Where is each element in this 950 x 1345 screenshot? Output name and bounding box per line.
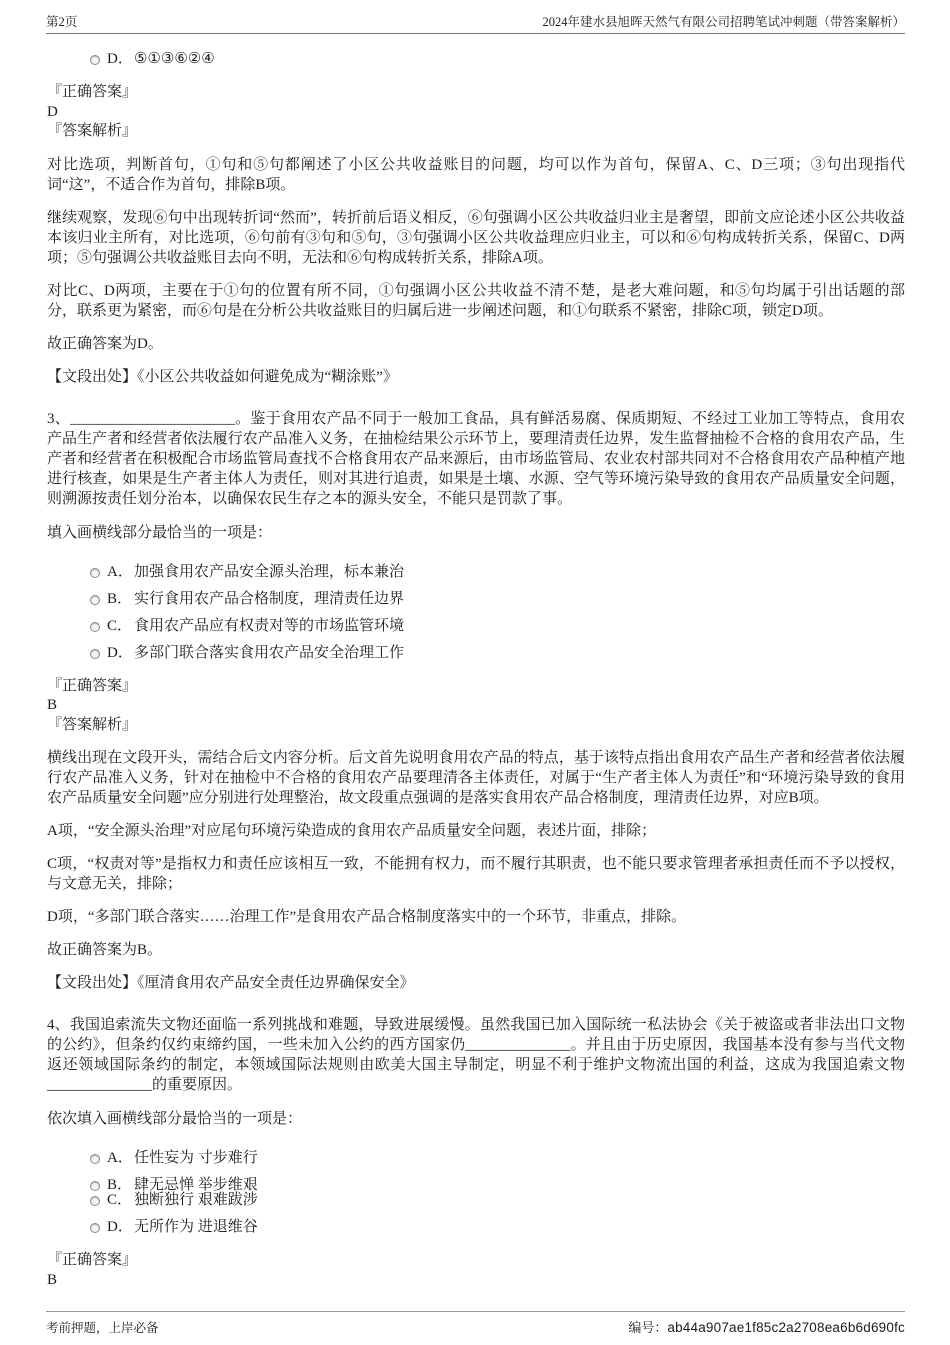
page-footer: 考前押题，上岸必备 编号：ab44a907ae1f85c2a2708ea6b6d… xyxy=(46,1311,905,1336)
option-letter: A． xyxy=(107,562,134,582)
q4-stem: 4、我国追索流失文物还面临一系列挑战和难题，导致进展缓慢。虽然我国已加入国际统一… xyxy=(47,1015,905,1095)
q2-analysis-paragraph: 继续观察，发现⑥句中出现转折词“然而”，转折前后语义相反，⑥句强调小区公共收益归… xyxy=(47,208,905,268)
option-letter: B． xyxy=(107,589,134,609)
page-content: D． ⑤①③⑥②④ 『正确答案』 D 『答案解析』 对比选项，判断首句，①句和⑤… xyxy=(47,32,905,1290)
q2-analysis-conclusion: 故正确答案为D。 xyxy=(47,334,905,354)
q4-answer-block: 『正确答案』 B xyxy=(47,1251,905,1290)
radio-button[interactable] xyxy=(90,595,100,605)
option-letter: D． xyxy=(107,643,134,663)
radio-button[interactable] xyxy=(90,649,100,659)
q3-stem: 3、______________________。鉴于食用农产品不同于一般加工食… xyxy=(47,409,905,509)
q3-option-a: A． 加强食用农产品安全源头治理，标本兼治 xyxy=(90,562,905,582)
serial-value: ab44a907ae1f85c2a2708ea6b6d690fc xyxy=(667,1320,905,1335)
radio-button[interactable] xyxy=(90,1223,100,1233)
option-letter: A． xyxy=(107,1148,134,1168)
correct-answer-label: 『正确答案』 xyxy=(47,83,905,103)
radio-button[interactable] xyxy=(90,568,100,578)
q4-prompt: 依次填入画横线部分最恰当的一项是： xyxy=(47,1109,905,1129)
footer-slogan: 考前押题，上岸必备 xyxy=(46,1318,159,1336)
option-text: 多部门联合落实食用农产品安全治理工作 xyxy=(134,643,404,663)
q3-answer-block: 『正确答案』 B 『答案解析』 xyxy=(47,677,905,736)
option-letter: D． xyxy=(107,49,134,69)
footer-serial: 编号：ab44a907ae1f85c2a2708ea6b6d690fc xyxy=(628,1317,905,1336)
q2-analysis-paragraph: 对比选项，判断首句，①句和⑤句都阐述了小区公共收益账目的问题，均可以作为首句，保… xyxy=(47,155,905,195)
q4-option-a: A． 任性妄为 寸步难行 xyxy=(90,1148,905,1168)
q3-analysis-paragraph: A项，“安全源头治理”对应尾句环境污染造成的食用农产品质量安全问题，表述片面，排… xyxy=(47,821,905,841)
q2-answer-value: D xyxy=(47,103,905,123)
q3-answer-value: B xyxy=(47,696,905,716)
q4-answer-value: B xyxy=(47,1271,905,1291)
option-letter: C． xyxy=(107,616,134,636)
radio-button[interactable] xyxy=(90,55,100,65)
page-number: 第2页 xyxy=(46,12,77,30)
correct-answer-label: 『正确答案』 xyxy=(47,677,905,697)
q3-option-c: C． 食用农产品应有权责对等的市场监管环境 xyxy=(90,616,905,636)
correct-answer-label: 『正确答案』 xyxy=(47,1251,905,1271)
document-page: 第2页 2024年建水县旭晖天然气有限公司招聘笔试冲刺题（带答案解析） D． ⑤… xyxy=(0,0,950,1345)
option-text: 加强食用农产品安全源头治理，标本兼治 xyxy=(134,562,404,582)
option-text: ⑤①③⑥②④ xyxy=(134,49,215,69)
option-text: 任性妄为 寸步难行 xyxy=(134,1148,258,1168)
q3-option-d: D． 多部门联合落实食用农产品安全治理工作 xyxy=(90,643,905,663)
radio-button[interactable] xyxy=(90,1154,100,1164)
q3-analysis-paragraph: C项，“权责对等”是指权力和责任应该相互一致，不能拥有权力，而不履行其职责，也不… xyxy=(47,854,905,894)
doc-title: 2024年建水县旭晖天然气有限公司招聘笔试冲刺题（带答案解析） xyxy=(542,12,905,30)
serial-label: 编号： xyxy=(628,1320,667,1335)
q4-option-c: C． 独断独行 艰难跋涉 xyxy=(90,1190,905,1210)
option-text: 无所作为 进退维谷 xyxy=(134,1217,258,1237)
q3-analysis-paragraph: D项，“多部门联合落实……治理工作”是食用农产品合格制度落实中的一个环节，非重点… xyxy=(47,907,905,927)
q3-analysis-paragraph: 横线出现在文段开头，需结合后文内容分析。后文首先说明食用农产品的特点，基于该特点… xyxy=(47,748,905,808)
q3-analysis-conclusion: 故正确答案为B。 xyxy=(47,940,905,960)
radio-button[interactable] xyxy=(90,622,100,632)
radio-button[interactable] xyxy=(90,1196,100,1206)
page-header: 第2页 2024年建水县旭晖天然气有限公司招聘笔试冲刺题（带答案解析） xyxy=(46,12,905,34)
option-letter: D． xyxy=(107,1217,134,1237)
option-text: 实行食用农产品合格制度，理清责任边界 xyxy=(134,589,404,609)
option-letter: C． xyxy=(107,1190,134,1210)
option-text: 食用农产品应有权责对等的市场监管环境 xyxy=(134,616,404,636)
q3-option-b: B． 实行食用农产品合格制度，理清责任边界 xyxy=(90,589,905,609)
q2-source: 【文段出处】《小区公共收益如何避免成为“糊涂账”》 xyxy=(47,367,905,387)
radio-button[interactable] xyxy=(90,1181,100,1191)
answer-analysis-label: 『答案解析』 xyxy=(47,122,905,142)
q2-analysis-paragraph: 对比C、D两项，主要在于①句的位置有所不同，①句强调小区公共收益不清不楚，是老大… xyxy=(47,281,905,321)
option-text: 独断独行 艰难跋涉 xyxy=(134,1190,258,1210)
q3-prompt: 填入画横线部分最恰当的一项是： xyxy=(47,523,905,543)
q3-source: 【文段出处】《厘清食用农产品安全责任边界确保安全》 xyxy=(47,973,905,993)
q2-answer-block: 『正确答案』 D 『答案解析』 xyxy=(47,83,905,142)
q2-option-d: D． ⑤①③⑥②④ xyxy=(90,49,905,69)
answer-analysis-label: 『答案解析』 xyxy=(47,716,905,736)
q4-option-d: D． 无所作为 进退维谷 xyxy=(90,1217,905,1237)
